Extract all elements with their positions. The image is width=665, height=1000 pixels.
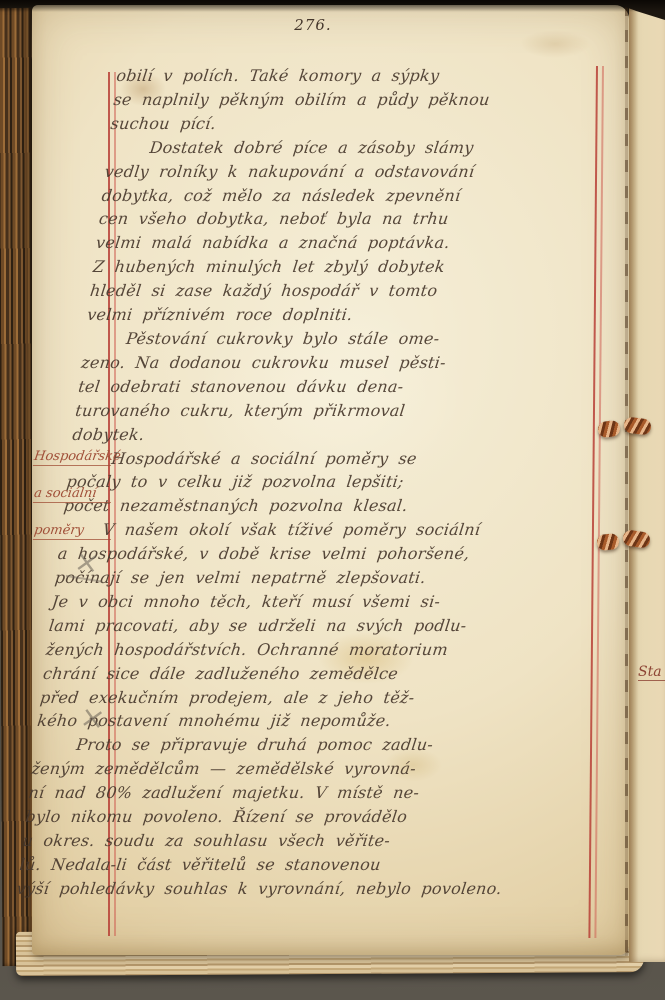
next-page-margin-note-partial: Sta xyxy=(638,664,665,681)
handwritten-line: tel odebrati stanovenou dávku dena- xyxy=(77,375,566,399)
handwritten-line: chrání sice dále zadluženého zemědělce xyxy=(42,662,531,686)
photo-top-shadow xyxy=(0,0,665,12)
pencil-x-mark: × xyxy=(66,547,107,582)
pencil-x-mark: × xyxy=(78,704,107,734)
handwritten-line: Hospodářské a sociální poměry se xyxy=(68,447,557,471)
handwritten-line: dobytka, což mělo za následek zpevnění xyxy=(100,184,589,208)
margin-note-line: Hospodářské xyxy=(33,449,113,466)
handwritten-line: zeno. Na dodanou cukrovku musel pěsti- xyxy=(80,351,569,375)
handwritten-line: ní nad 80% zadlužení majetku. V místě ne… xyxy=(27,781,516,805)
handwritten-line: suchou pící. xyxy=(109,112,598,136)
handwritten-line: vedly rolníky k nakupování a odstavování xyxy=(103,160,592,184)
handwritten-line: Proto se připravuje druhá pomoc zadlu- xyxy=(33,733,522,757)
handwritten-line: obilí v polích. Také komory a sýpky xyxy=(115,64,604,88)
margin-note-line: poměry xyxy=(33,523,113,540)
handwriting-block: obilí v polích. Také komory a sýpkyse na… xyxy=(15,64,604,901)
handwritten-line: velmi příznivém roce doplniti. xyxy=(86,303,575,327)
handwritten-line: žených hospodářstvích. Ochranné moratori… xyxy=(45,638,534,662)
handwritten-line: bylo nikomu povoleno. Řízení se prováděl… xyxy=(24,805,513,829)
handwritten-line: a hospodářské, v době krise velmi pohorš… xyxy=(56,542,545,566)
handwritten-line: kého postavení mnohému již nepomůže. xyxy=(36,709,525,733)
handwritten-line: u okres. soudu za souhlasu všech věřite- xyxy=(21,829,510,853)
handwritten-line: počínají se jen velmi nepatrně zlepšovat… xyxy=(53,566,542,590)
handwritten-line: Z hubených minulých let zbylý dobytek xyxy=(92,255,581,279)
gutter-crease xyxy=(625,4,628,956)
handwritten-line: počaly to v celku již pozvolna lepšiti; xyxy=(65,470,554,494)
next-page-sliver xyxy=(629,0,665,962)
handwritten-line: výší pohledávky souhlas k vyrovnání, neb… xyxy=(15,877,504,901)
handwritten-line: Je v obci mnoho těch, kteří musí všemi s… xyxy=(50,590,539,614)
handwritten-line: lami pracovati, aby se udrželi na svých … xyxy=(48,614,537,638)
handwritten-line: hleděl si zase každý hospodář v tomto xyxy=(89,279,578,303)
handwritten-line: cen všeho dobytka, neboť byla na trhu xyxy=(97,207,586,231)
handwritten-line: V našem okolí však tíživé poměry sociáln… xyxy=(59,518,548,542)
handwritten-line: lů. Nedala-li část věřitelů se stanoveno… xyxy=(18,853,507,877)
handwritten-line: ženým zemědělcům — zemědělské vyrovná- xyxy=(30,757,519,781)
handwritten-line: dobytek. xyxy=(71,423,560,447)
book-photo: { "page": { "number": "276.", "ink_color… xyxy=(0,0,665,1000)
margin-note-line: a sociální xyxy=(33,486,113,503)
handwritten-line: počet nezaměstnaných pozvolna klesal. xyxy=(62,494,551,518)
handwritten-line: turovaného cukru, kterým přikrmoval xyxy=(74,399,563,423)
handwritten-line: Pěstování cukrovky bylo stále ome- xyxy=(83,327,572,351)
handwritten-line: před exekučním prodejem, ale z jeho těž- xyxy=(39,686,528,710)
handwritten-line: se naplnily pěkným obilím a půdy pěknou xyxy=(112,88,601,112)
handwritten-line: Dostatek dobré píce a zásoby slámy xyxy=(106,136,595,160)
page-number: 276. xyxy=(283,16,343,34)
handwritten-line: velmi malá nabídka a značná poptávka. xyxy=(95,231,584,255)
